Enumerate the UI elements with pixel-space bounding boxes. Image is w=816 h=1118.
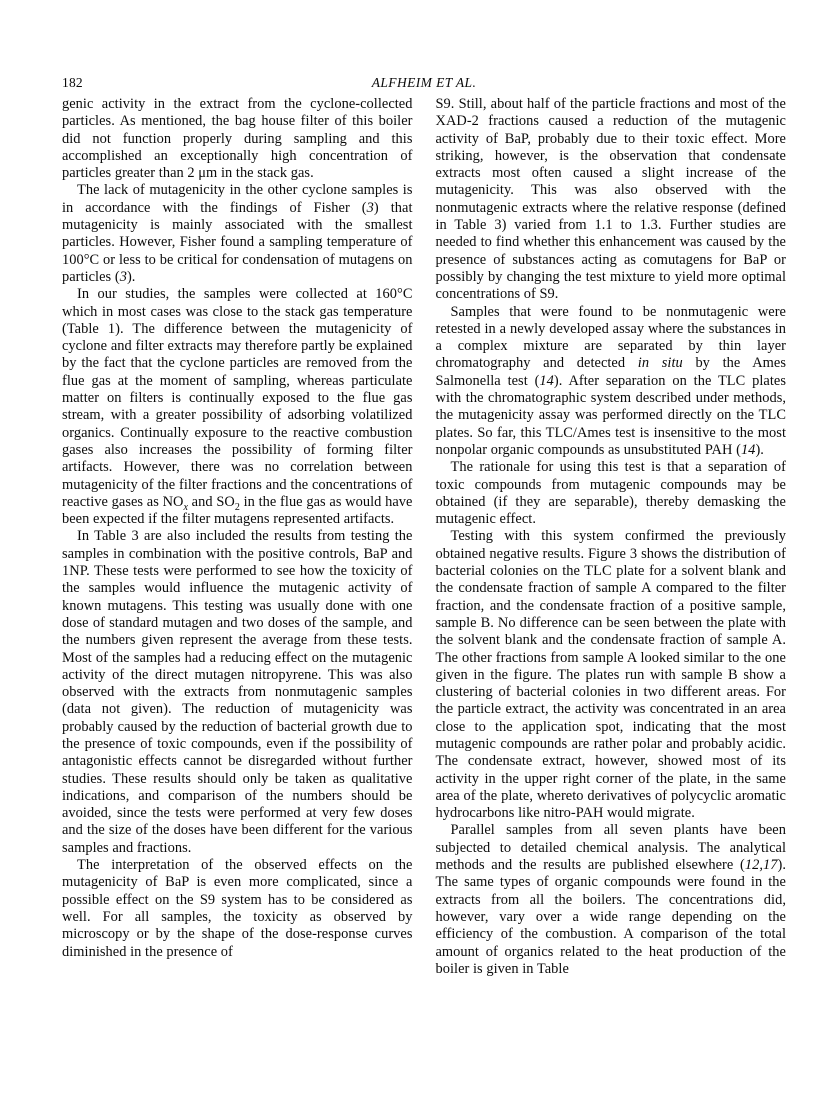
text-run: 12,17 [745, 857, 778, 873]
text-run: 3 [367, 200, 374, 216]
text-run: In our studies, the samples were collect… [62, 286, 413, 510]
text-run: Parallel samples from all seven plants h… [436, 822, 787, 873]
paragraph: Parallel samples from all seven plants h… [436, 822, 787, 978]
text-run: S9. Still, about half of the particle fr… [436, 96, 787, 302]
paragraph: The interpretation of the observed effec… [62, 857, 413, 961]
text-run: in situ [638, 355, 683, 371]
paragraph: Samples that were found to be nonmutagen… [436, 304, 787, 460]
text-run: ). [755, 442, 764, 458]
paragraph: The lack of mutagenicity in the other cy… [62, 182, 413, 286]
paragraph: In Table 3 are also included the results… [62, 528, 413, 857]
text-run: The lack of mutagenicity in the other cy… [62, 182, 413, 215]
text-run: 14 [741, 442, 756, 458]
paragraph: genic activity in the extract from the c… [62, 96, 413, 182]
text-run: ). [127, 269, 136, 285]
text-run: The interpretation of the observed effec… [62, 857, 413, 959]
text-run: 14 [539, 373, 554, 389]
right-column: S9. Still, about half of the particle fr… [436, 96, 787, 978]
text-run: ). The same types of organic compounds w… [436, 857, 787, 977]
paper-page: 182 ALFHEIM ET AL. genic activity in the… [0, 0, 816, 1118]
body-columns: genic activity in the extract from the c… [62, 96, 786, 978]
text-run: genic activity in the extract from the c… [62, 96, 413, 181]
text-run: In Table 3 are also included the results… [62, 528, 413, 855]
paragraph: The rationale for using this test is tha… [436, 459, 787, 528]
text-run: and SO [188, 494, 235, 510]
paragraph: S9. Still, about half of the particle fr… [436, 96, 787, 304]
running-title: ALFHEIM ET AL. [62, 75, 786, 91]
page-header: 182 ALFHEIM ET AL. [62, 75, 786, 93]
text-run: Testing with this system confirmed the p… [436, 528, 787, 821]
text-run: 3 [120, 269, 127, 285]
left-column: genic activity in the extract from the c… [62, 96, 413, 978]
paragraph: In our studies, the samples were collect… [62, 286, 413, 528]
paragraph: Testing with this system confirmed the p… [436, 528, 787, 822]
text-run: The rationale for using this test is tha… [436, 459, 787, 527]
